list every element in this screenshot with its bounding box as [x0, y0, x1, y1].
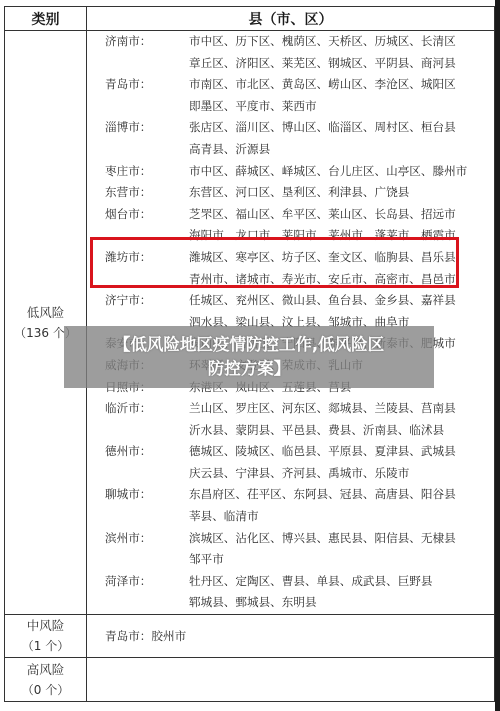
district-list-line: 兰山区、罗庄区、河东区、郯城县、兰陵县、莒南县 [189, 398, 494, 420]
district-list-line: 沂水县、蒙阴县、平邑县、费县、沂南县、临沭县 [189, 420, 494, 442]
district-list-line: 潍城区、寒亭区、坊子区、奎文区、临朐县、昌乐县 [189, 247, 494, 269]
table-row-high-risk: 高风险 （0 个） [5, 658, 495, 702]
city-entry: 德州市：德城区、陵城区、临邑县、平原县、夏津县、武城县庆云县、宁津县、齐河县、禹… [87, 441, 494, 484]
city-entry: 潍坊市：潍城区、寒亭区、坊子区、奎文区、临朐县、昌乐县青州市、诸城市、寿光市、安… [87, 247, 494, 290]
district-list-line: 滨城区、沾化区、博兴县、惠民县、阳信县、无棣县 [189, 528, 494, 550]
category-cell-high: 高风险 （0 个） [5, 658, 87, 702]
city-entry: 济南市：市中区、历下区、槐荫区、天桥区、历城区、长清区章丘区、济阳区、莱芜区、钢… [87, 31, 494, 74]
category-cell-medium: 中风险 （1 个） [5, 615, 87, 658]
category-count: （1 个） [5, 636, 86, 657]
category-label: 低风险 [27, 305, 65, 320]
district-list-line: 牡丹区、定陶区、曹县、单县、成武县、巨野县 [189, 571, 494, 593]
category-cell-low: 低风险 （136 个） [5, 31, 87, 615]
city-name: 济南市： [105, 31, 151, 53]
table-row-low-risk: 低风险 （136 个） 济南市：市中区、历下区、槐荫区、天桥区、历城区、长清区章… [5, 31, 495, 615]
city-entry: 聊城市：东昌府区、茌平区、东阿县、冠县、高唐县、阳谷县莘县、临清市 [87, 484, 494, 527]
district-list-line: 芝罘区、福山区、牟平区、莱山区、长岛县、招远市 [189, 204, 494, 226]
district-list-line: 任城区、兖州区、微山县、鱼台县、金乡县、嘉祥县 [189, 290, 494, 312]
title-overlay-banner[interactable]: 【低风险地区疫情防控工作,低风险区 防控方案】 [64, 326, 434, 388]
district-list-line: 东营区、河口区、垦利区、利津县、广饶县 [189, 182, 494, 204]
overlay-title-line-1: 【低风险地区疫情防控工作,低风险区 [64, 333, 434, 357]
city-entry: 东营市：东营区、河口区、垦利区、利津县、广饶县 [87, 182, 494, 204]
city-name: 德州市： [105, 441, 151, 463]
city-name: 菏泽市： [105, 571, 151, 593]
district-list-line: 即墨区、平度市、莱西市 [189, 96, 494, 118]
city-name: 淄博市： [105, 117, 151, 139]
district-list-line: 东昌府区、茌平区、东阿县、冠县、高唐县、阳谷县 [189, 484, 494, 506]
category-count: （0 个） [5, 680, 86, 701]
district-list-line: 邹平市 [189, 549, 494, 571]
city-entry: 临沂市：兰山区、罗庄区、河东区、郯城县、兰陵县、莒南县沂水县、蒙阴县、平邑县、费… [87, 398, 494, 441]
city-name: 烟台市： [105, 204, 151, 226]
city-name: 青岛市： [105, 74, 151, 96]
category-label: 高风险 [27, 662, 65, 677]
header-category: 类别 [5, 7, 87, 31]
district-list-line: 张店区、淄川区、博山区、临淄区、周村区、桓台县 [189, 117, 494, 139]
district-list-line: 章丘区、济阳区、莱芜区、钢城区、平阴县、商河县 [189, 53, 494, 75]
district-list-line: 高青县、沂源县 [189, 139, 494, 161]
city-entry: 青岛市：市南区、市北区、黄岛区、崂山区、李沧区、城阳区即墨区、平度市、莱西市 [87, 74, 494, 117]
district-list-line: 市中区、薛城区、峄城区、台儿庄区、山亭区、滕州市 [189, 161, 494, 183]
city-name: 临沂市： [105, 398, 151, 420]
table-header-row: 类别 县（市、区） [5, 7, 495, 31]
overlay-title-line-2: 防控方案】 [64, 357, 434, 381]
city-name: 济宁市： [105, 290, 151, 312]
district-list-line: 海阳市、龙口市、莱阳市、莱州市、蓬莱市、栖霞市 [189, 225, 494, 247]
table-row-medium-risk: 中风险 （1 个） 青岛市：胶州市 [5, 615, 495, 658]
category-label: 中风险 [27, 618, 65, 633]
district-list-line: 市南区、市北区、黄岛区、崂山区、李沧区、城阳区 [189, 74, 494, 96]
areas-cell-low: 济南市：市中区、历下区、槐荫区、天桥区、历城区、长清区章丘区、济阳区、莱芜区、钢… [87, 31, 495, 615]
right-edge-band [495, 0, 500, 711]
city-name: 滨州市： [105, 528, 151, 550]
district-list-line: 德城区、陵城区、临邑县、平原县、夏津县、武城县 [189, 441, 494, 463]
district-list-line: 青州市、诸城市、寿光市、安丘市、高密市、昌邑市 [189, 269, 494, 291]
city-name: 潍坊市： [105, 247, 151, 269]
city-name: 枣庄市： [105, 161, 151, 183]
city-entry: 淄博市：张店区、淄川区、博山区、临淄区、周村区、桓台县高青县、沂源县 [87, 117, 494, 160]
city-entry: 烟台市：芝罘区、福山区、牟平区、莱山区、长岛县、招远市海阳市、龙口市、莱阳市、莱… [87, 204, 494, 247]
city-entry: 滨州市：滨城区、沾化区、博兴县、惠民县、阳信县、无棣县邹平市 [87, 528, 494, 571]
city-entry: 菏泽市：牡丹区、定陶区、曹县、单县、成武县、巨野县郓城县、鄄城县、东明县 [87, 571, 494, 614]
city-name: 东营市： [105, 182, 151, 204]
medium-area-text: 青岛市：胶州市 [87, 618, 494, 655]
areas-cell-medium: 青岛市：胶州市 [87, 615, 495, 658]
district-list-line: 市中区、历下区、槐荫区、天桥区、历城区、长清区 [189, 31, 494, 53]
header-areas: 县（市、区） [87, 7, 495, 31]
city-name: 聊城市： [105, 484, 151, 506]
district-list-line: 郓城县、鄄城县、东明县 [189, 592, 494, 614]
district-list-line: 庆云县、宁津县、齐河县、禹城市、乐陵市 [189, 463, 494, 485]
city-entry: 枣庄市：市中区、薛城区、峄城区、台儿庄区、山亭区、滕州市 [87, 161, 494, 183]
areas-cell-high [87, 658, 495, 702]
district-list-line: 莘县、临清市 [189, 506, 494, 528]
